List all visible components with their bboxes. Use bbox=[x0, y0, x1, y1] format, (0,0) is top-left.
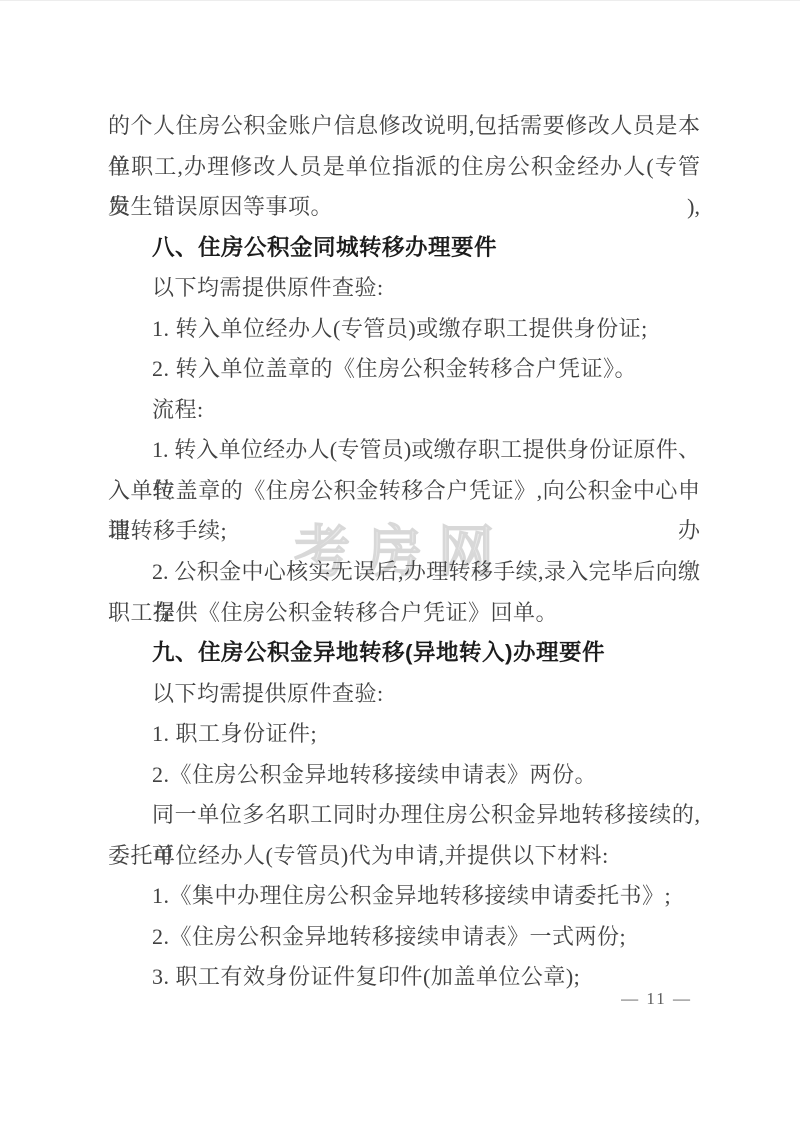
text-line: 以下均需提供原件查验: bbox=[108, 674, 700, 715]
text-line: 2. 转入单位盖章的《住房公积金转移合户凭证》。 bbox=[108, 349, 700, 390]
text-line: 2.《住房公积金异地转移接续申请表》两份。 bbox=[108, 755, 700, 796]
text-line: 位职工,办理修改人员是单位指派的住房公积金经办人(专管员), bbox=[108, 147, 700, 188]
text-line: 委托单位经办人(专管员)代为申请,并提供以下材料: bbox=[108, 836, 700, 877]
text-line: 同一单位多名职工同时办理住房公积金异地转移接续的,可 bbox=[108, 795, 700, 836]
text-line: 入单位盖章的《住房公积金转移合户凭证》,向公积金中心申请办 bbox=[108, 471, 700, 512]
document-body: 的个人住房公积金账户信息修改说明,包括需要修改人员是本单位职工,办理修改人员是单… bbox=[108, 106, 700, 998]
text-line: 的个人住房公积金账户信息修改说明,包括需要修改人员是本单 bbox=[108, 106, 700, 147]
text-line: 2. 公积金中心核实无误后,办理转移手续,录入完毕后向缴存 bbox=[108, 552, 700, 593]
document-page: 考房网 的个人住房公积金账户信息修改说明,包括需要修改人员是本单位职工,办理修改… bbox=[0, 0, 800, 1132]
text-line: 3. 职工有效身份证件复印件(加盖单位公章); bbox=[108, 957, 700, 998]
page-number: — 11 — bbox=[621, 987, 692, 1011]
text-line: 1. 转入单位经办人(专管员)或缴存职工提供身份证原件、转 bbox=[108, 430, 700, 471]
text-line: 1. 职工身份证件; bbox=[108, 714, 700, 755]
text-line: 1.《集中办理住房公积金异地转移接续申请委托书》; bbox=[108, 876, 700, 917]
text-line: 职工提供《住房公积金转移合户凭证》回单。 bbox=[108, 593, 700, 634]
section-heading: 八、住房公积金同城转移办理要件 bbox=[108, 228, 700, 269]
text-line: 2.《住房公积金异地转移接续申请表》一式两份; bbox=[108, 917, 700, 958]
text-line: 1. 转入单位经办人(专管员)或缴存职工提供身份证; bbox=[108, 309, 700, 350]
text-line: 流程: bbox=[108, 390, 700, 431]
text-line: 以下均需提供原件查验: bbox=[108, 268, 700, 309]
section-heading: 九、住房公积金异地转移(异地转入)办理要件 bbox=[108, 633, 700, 674]
